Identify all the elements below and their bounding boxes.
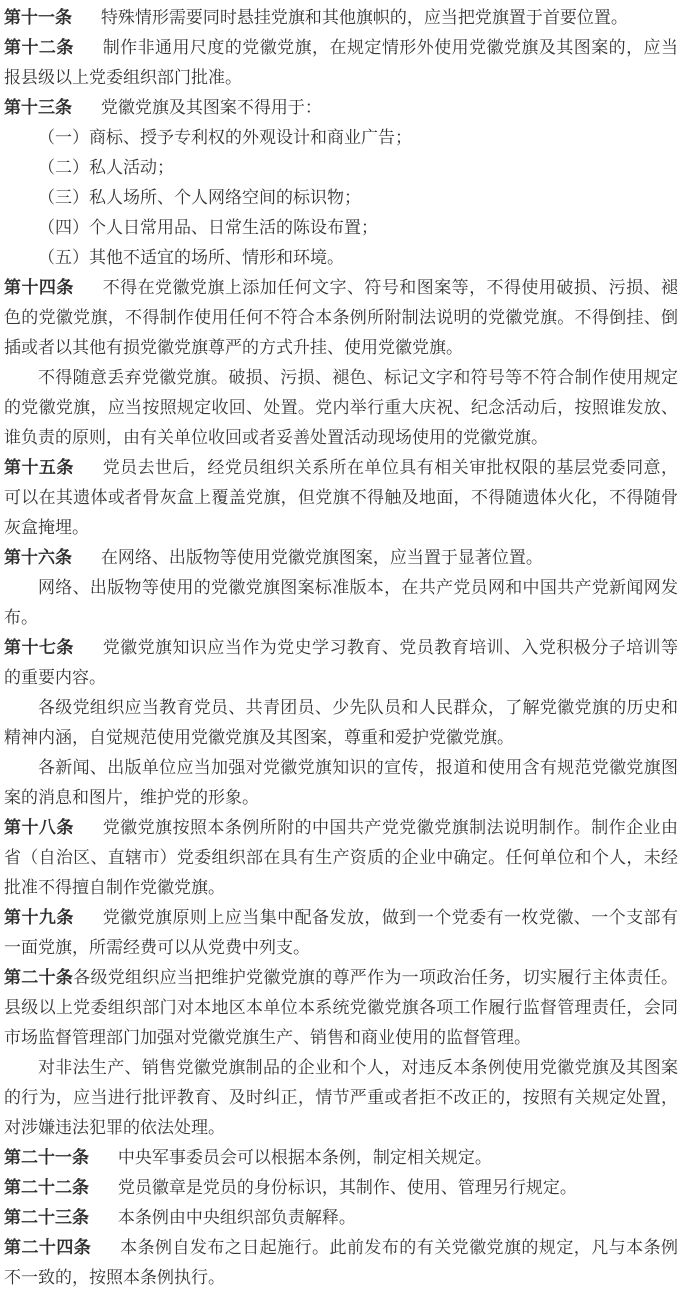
article-paragraph: 第十一条特殊情形需要同时悬挂党旗和其他旗帜的，应当把党旗置于首要位置。 bbox=[4, 3, 678, 33]
article-text: 各级党组织应当教育党员、共青团员、少先队员和人民群众，了解党徽党旗的历史和精神内… bbox=[4, 698, 678, 748]
article-paragraph: 第十八条党徽党旗按照本条例所附的中国共产党党徽党旗制法说明制作。制作企业由省（自… bbox=[4, 813, 678, 903]
article-text: （五）其他不适宜的场所、情形和环境。 bbox=[38, 248, 344, 268]
article-paragraph: 各新闻、出版单位应当加强对党徽党旗知识的宣传，报道和使用含有规范党徽党旗图案的消… bbox=[4, 753, 678, 813]
article-text: 党徽党旗及其图案不得用于： bbox=[101, 98, 322, 118]
article-paragraph: 第十七条党徽党旗知识应当作为党史学习教育、党员教育培训、入党积极分子培训等的重要… bbox=[4, 633, 678, 693]
article-paragraph: （五）其他不适宜的场所、情形和环境。 bbox=[4, 243, 678, 273]
article-number: 第十五条 bbox=[4, 458, 74, 478]
article-paragraph: （三）私人场所、个人网络空间的标识物； bbox=[4, 183, 678, 213]
article-paragraph: 第十六条在网络、出版物等使用党徽党旗图案，应当置于显著位置。 bbox=[4, 543, 678, 573]
article-paragraph: （四）个人日常用品、日常生活的陈设布置； bbox=[4, 213, 678, 243]
article-text: 本条例由中央组织部负责解释。 bbox=[118, 1208, 356, 1228]
article-number: 第十四条 bbox=[4, 278, 74, 298]
article-text: 不得在党徽党旗上添加任何文字、符号和图案等，不得使用破损、污损、褪色的党徽党旗，… bbox=[4, 278, 678, 358]
article-paragraph: 第二十四条本条例自发布之日起施行。此前发布的有关党徽党旗的规定，凡与本条例不一致… bbox=[4, 1233, 678, 1293]
article-paragraph: 第二十三条本条例由中央组织部负责解释。 bbox=[4, 1203, 678, 1233]
document-body: 第十一条特殊情形需要同时悬挂党旗和其他旗帜的，应当把党旗置于首要位置。第十二条制… bbox=[0, 0, 685, 1299]
article-text: 党徽党旗知识应当作为党史学习教育、党员教育培训、入党积极分子培训等的重要内容。 bbox=[4, 638, 678, 688]
article-number: 第十八条 bbox=[4, 818, 74, 838]
article-number: 第十七条 bbox=[4, 638, 74, 658]
article-paragraph: 第十九条党徽党旗原则上应当集中配备发放，做到一个党委有一枚党徽、一个支部有一面党… bbox=[4, 903, 678, 963]
article-text: 各级党组织应当把维护党徽党旗的尊严作为一项政治任务，切实履行主体责任。县级以上党… bbox=[4, 968, 678, 1048]
article-paragraph: 对非法生产、销售党徽党旗制品的企业和个人，对违反本条例使用党徽党旗及其图案的行为… bbox=[4, 1053, 678, 1143]
article-paragraph: 不得随意丢弃党徽党旗。破损、污损、褪色、标记文字和符号等不符合制作使用规定的党徽… bbox=[4, 363, 678, 453]
article-text: 党徽党旗原则上应当集中配备发放，做到一个党委有一枚党徽、一个支部有一面党旗，所需… bbox=[4, 908, 678, 958]
article-paragraph: 第十五条党员去世后，经党员组织关系所在单位具有相关审批权限的基层党委同意，可以在… bbox=[4, 453, 678, 543]
article-number: 第十二条 bbox=[4, 38, 74, 58]
article-text: （三）私人场所、个人网络空间的标识物； bbox=[38, 188, 361, 208]
article-number: 第二十三条 bbox=[4, 1208, 89, 1228]
article-text: （四）个人日常用品、日常生活的陈设布置； bbox=[38, 218, 378, 238]
article-number: 第二十二条 bbox=[4, 1178, 89, 1198]
article-text: 党徽党旗按照本条例所附的中国共产党党徽党旗制法说明制作。制作企业由省（自治区、直… bbox=[4, 818, 678, 898]
article-text: 对非法生产、销售党徽党旗制品的企业和个人，对违反本条例使用党徽党旗及其图案的行为… bbox=[4, 1058, 678, 1138]
article-paragraph: 各级党组织应当教育党员、共青团员、少先队员和人民群众，了解党徽党旗的历史和精神内… bbox=[4, 693, 678, 753]
article-number: 第二十四条 bbox=[4, 1238, 91, 1258]
article-paragraph: 第二十条各级党组织应当把维护党徽党旗的尊严作为一项政治任务，切实履行主体责任。县… bbox=[4, 963, 678, 1053]
article-number: 第二十条 bbox=[4, 968, 73, 988]
article-number: 第十九条 bbox=[4, 908, 74, 928]
article-text: 中央军事委员会可以根据本条例，制定相关规定。 bbox=[118, 1148, 492, 1168]
article-number: 第十一条 bbox=[4, 8, 72, 28]
article-paragraph: 第二十一条中央军事委员会可以根据本条例，制定相关规定。 bbox=[4, 1143, 678, 1173]
article-text: 本条例自发布之日起施行。此前发布的有关党徽党旗的规定，凡与本条例不一致的，按照本… bbox=[4, 1238, 678, 1288]
article-number: 第十六条 bbox=[4, 548, 72, 568]
article-number: 第二十一条 bbox=[4, 1148, 89, 1168]
article-paragraph: 第十四条不得在党徽党旗上添加任何文字、符号和图案等，不得使用破损、污损、褪色的党… bbox=[4, 273, 678, 363]
article-text: 各新闻、出版单位应当加强对党徽党旗知识的宣传，报道和使用含有规范党徽党旗图案的消… bbox=[4, 758, 678, 808]
article-paragraph: 网络、出版物等使用的党徽党旗图案标准版本，在共产党员网和中国共产党新闻网发布。 bbox=[4, 573, 678, 633]
article-text: 不得随意丢弃党徽党旗。破损、污损、褪色、标记文字和符号等不符合制作使用规定的党徽… bbox=[4, 368, 678, 448]
article-text: 网络、出版物等使用的党徽党旗图案标准版本，在共产党员网和中国共产党新闻网发布。 bbox=[4, 578, 678, 628]
article-text: 制作非通用尺度的党徽党旗，在规定情形外使用党徽党旗及其图案的，应当报县级以上党委… bbox=[4, 38, 678, 88]
article-paragraph: 第二十二条党员徽章是党员的身份标识，其制作、使用、管理另行规定。 bbox=[4, 1173, 678, 1203]
article-number: 第十三条 bbox=[4, 98, 72, 118]
article-text: （一）商标、授予专利权的外观设计和商业广告； bbox=[38, 128, 412, 148]
article-paragraph: （二）私人活动； bbox=[4, 153, 678, 183]
article-text: （二）私人活动； bbox=[38, 158, 174, 178]
article-paragraph: 第十二条制作非通用尺度的党徽党旗，在规定情形外使用党徽党旗及其图案的，应当报县级… bbox=[4, 33, 678, 93]
article-paragraph: （一）商标、授予专利权的外观设计和商业广告； bbox=[4, 123, 678, 153]
article-text: 在网络、出版物等使用党徽党旗图案，应当置于显著位置。 bbox=[101, 548, 543, 568]
article-paragraph: 第十三条党徽党旗及其图案不得用于： bbox=[4, 93, 678, 123]
article-text: 党员去世后，经党员组织关系所在单位具有相关审批权限的基层党委同意，可以在其遗体或… bbox=[4, 458, 678, 538]
article-text: 党员徽章是党员的身份标识，其制作、使用、管理另行规定。 bbox=[118, 1178, 577, 1198]
article-text: 特殊情形需要同时悬挂党旗和其他旗帜的，应当把党旗置于首要位置。 bbox=[101, 8, 628, 28]
